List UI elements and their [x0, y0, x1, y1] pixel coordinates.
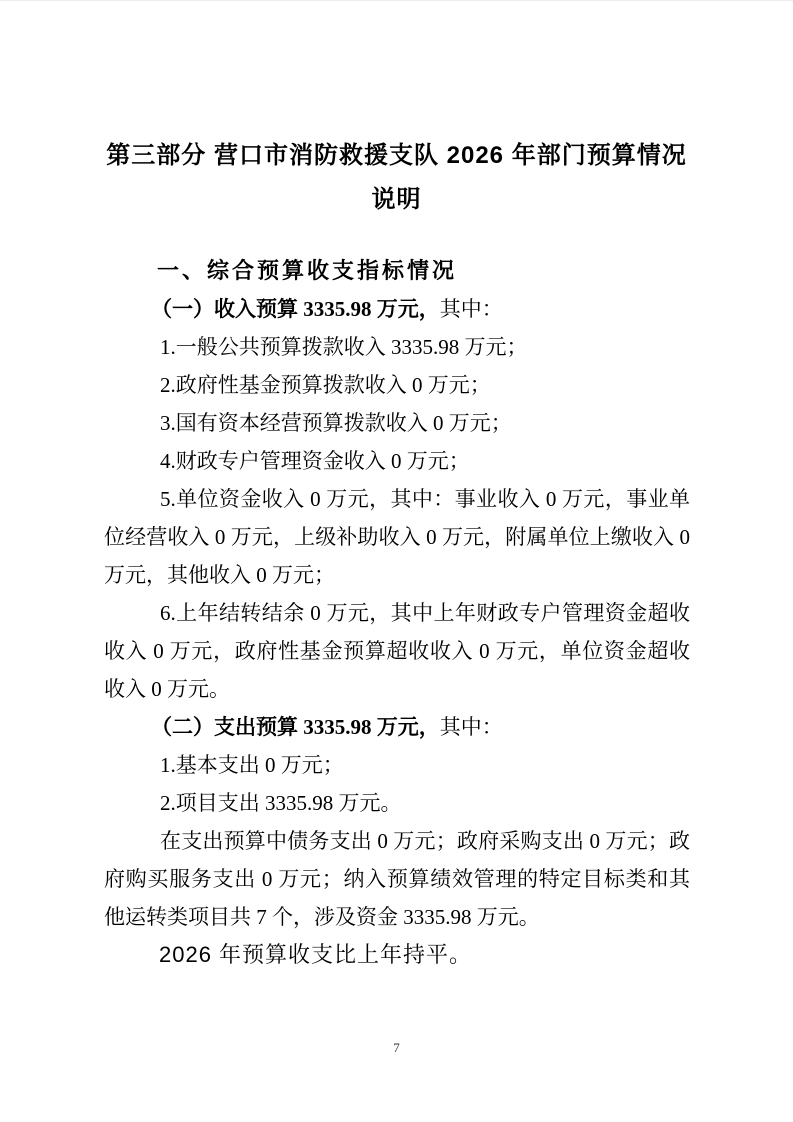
document-title-line-1: 第三部分 营口市消防救援支队 2026 年部门预算情况: [40, 134, 753, 178]
subsection-emphasis-text: （二）支出预算 3335.98 万元，: [151, 715, 440, 739]
subsection-emphasis-text: （一）收入预算 3335.98 万元，: [151, 297, 440, 321]
paragraph-subsection: （一）收入预算 3335.98 万元，其中：: [104, 290, 690, 328]
paragraph-body: 3.国有资本经营预算拨款收入 0 万元；: [104, 404, 690, 442]
paragraph-body: 1.基本支出 0 万元；: [104, 746, 690, 784]
subsection-regular-text: 其中：: [440, 297, 503, 321]
paragraph-body: 6.上年结转结余 0 万元，其中上年财政专户管理资金超收收入 0 万元，政府性基…: [104, 594, 690, 708]
paragraph-closing: 2026 年预算收支比上年持平。: [104, 936, 690, 974]
paragraph-body: 4.财政专户管理资金收入 0 万元；: [104, 442, 690, 480]
paragraph-subsection: （二）支出预算 3335.98 万元，其中：: [104, 708, 690, 746]
subsection-regular-text: 其中：: [440, 715, 503, 739]
paragraph-body: 1.一般公共预算拨款收入 3335.98 万元；: [104, 328, 690, 366]
paragraph-body: 在支出预算中债务支出 0 万元；政府采购支出 0 万元；政府购买服务支出 0 万…: [104, 822, 690, 936]
document-page: 第三部分 营口市消防救援支队 2026 年部门预算情况 说明 一、综合预算收支指…: [0, 0, 793, 1122]
page-number: 7: [0, 1040, 793, 1056]
document-title-line-2: 说明: [40, 178, 753, 222]
document-title: 第三部分 营口市消防救援支队 2026 年部门预算情况 说明: [40, 134, 753, 222]
page-top-edge: [0, 0, 793, 1]
paragraph-body: 2.政府性基金预算拨款收入 0 万元；: [104, 366, 690, 404]
document-body: 一、综合预算收支指标情况（一）收入预算 3335.98 万元，其中：1.一般公共…: [104, 252, 690, 974]
paragraph-section-heading: 一、综合预算收支指标情况: [104, 252, 690, 290]
paragraph-body: 2.项目支出 3335.98 万元。: [104, 784, 690, 822]
paragraph-body: 5.单位资金收入 0 万元，其中：事业收入 0 万元，事业单位经营收入 0 万元…: [104, 480, 690, 594]
